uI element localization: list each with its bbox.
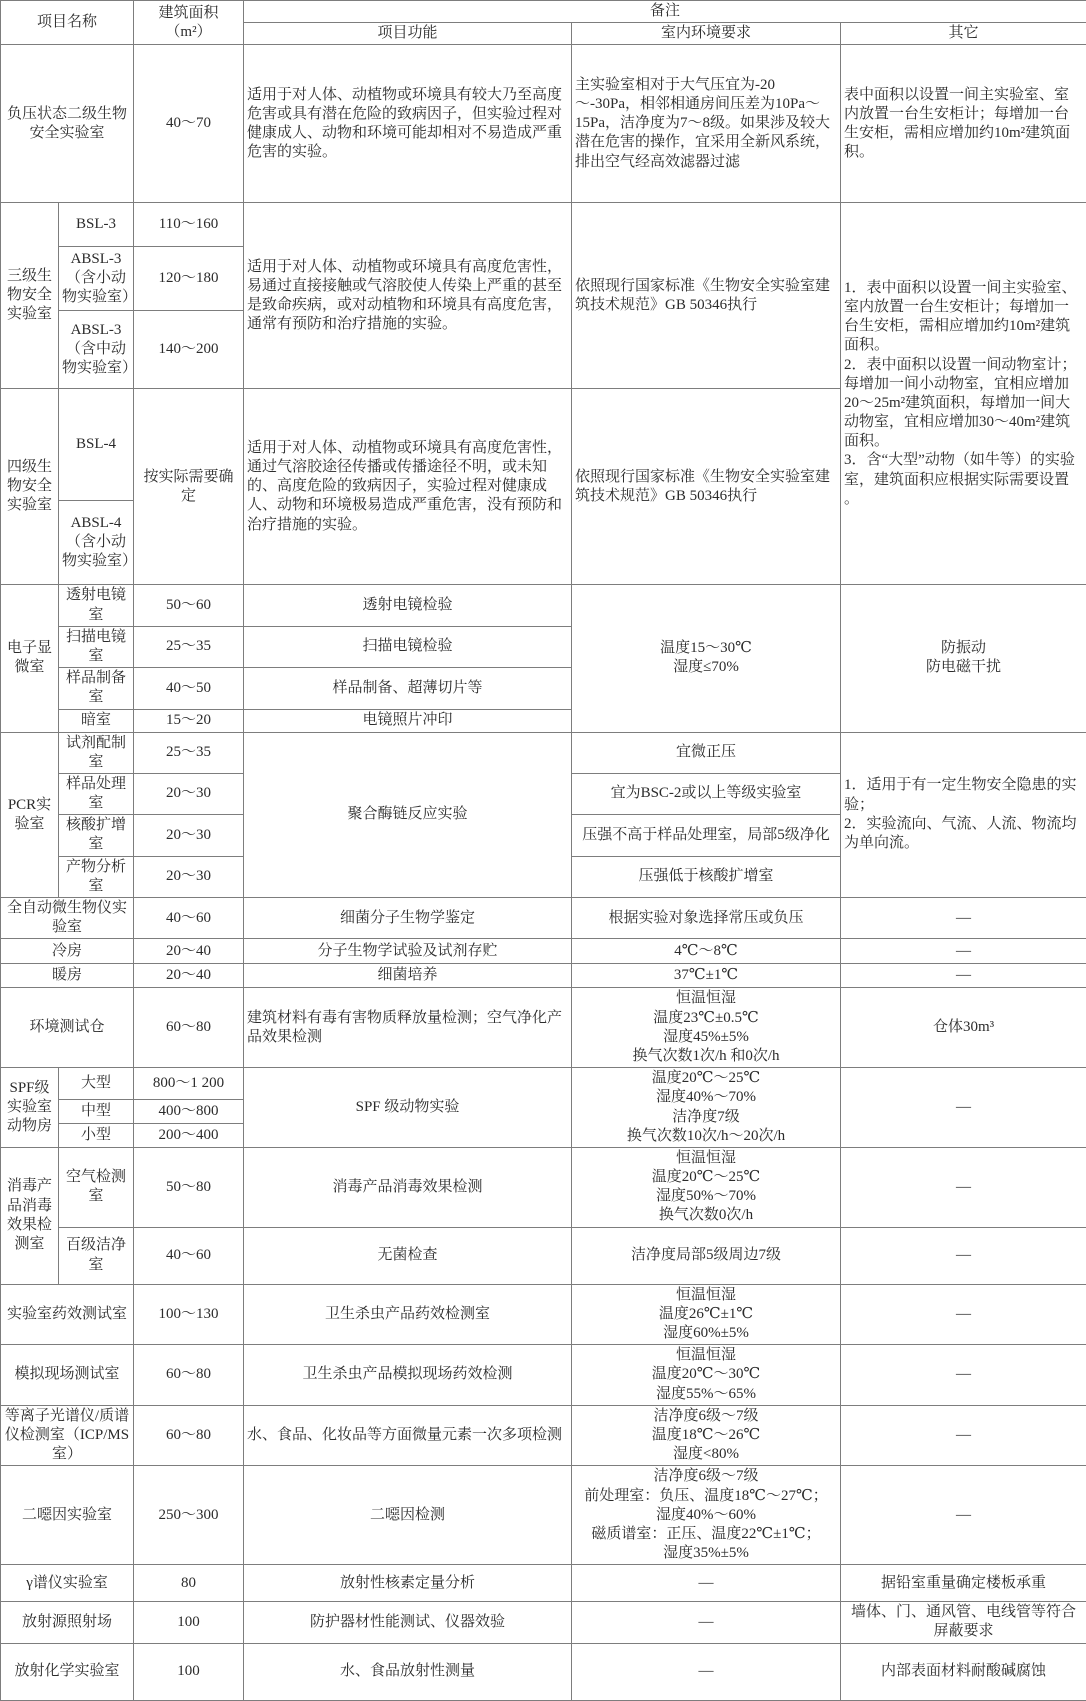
table-row: γ谱仪实验室 80 放射性核素定量分析 — 据铅室重量确定楼板承重: [1, 1565, 1086, 1602]
other-cell: —: [841, 898, 1086, 939]
area-cell: 100: [134, 1602, 244, 1643]
other-cell: 表中面积以设置一间主实验室、室内放置一台生安柜计；每增加一台生安柜，需相应增加约…: [841, 45, 1086, 203]
area-cell: 120～180: [134, 247, 244, 311]
project-group-cell: 四级生物安全实验室: [1, 389, 59, 585]
project-sub-cell: 百级洁净室: [59, 1227, 134, 1284]
area-cell: 50～60: [134, 585, 244, 626]
function-cell: 样品制备、超薄切片等: [244, 668, 572, 709]
lab-requirements-table: 项目名称 建筑面积 （m²） 备注 项目功能 室内环境要求 其它 负压状态二级生…: [0, 0, 1086, 1701]
function-cell: 扫描电镜检验: [244, 626, 572, 667]
other-cell: 仓体30m³: [841, 988, 1086, 1068]
project-sub-cell: ABSL-3（含中动物实验室）: [59, 311, 134, 389]
document-page: 项目名称 建筑面积 （m²） 备注 项目功能 室内环境要求 其它 负压状态二级生…: [0, 0, 1086, 1701]
project-sub-cell: 小型: [59, 1124, 134, 1148]
header-project-name: 项目名称: [1, 1, 134, 45]
function-cell: 聚合酶链反应实验: [244, 732, 572, 898]
project-name-cell: 模拟现场测试室: [1, 1345, 134, 1406]
project-name-cell: 二噁因实验室: [1, 1466, 134, 1565]
table-row: PCR实验室 试剂配制室 25～35 聚合酶链反应实验 宜微正压 1．适用于有一…: [1, 732, 1086, 773]
area-cell: 20～40: [134, 939, 244, 964]
other-cell: 内部表面材料耐酸碱腐蚀: [841, 1643, 1086, 1700]
project-sub-cell: 暗室: [59, 709, 134, 732]
project-sub-cell: 空气检测室: [59, 1147, 134, 1227]
project-sub-cell: 样品处理室: [59, 773, 134, 814]
project-name-cell: 冷房: [1, 939, 134, 964]
other-cell: —: [841, 964, 1086, 988]
area-cell: 80: [134, 1565, 244, 1602]
function-cell: 适用于对人体、动植物或环境具有高度危害性，通过气溶胶途径传播或传播途径不明，或未…: [244, 389, 572, 585]
env-cell: 洁净度6级～7级 温度18℃～26℃ 湿度<80%: [572, 1405, 841, 1466]
other-cell: —: [841, 1147, 1086, 1227]
area-cell: 40～60: [134, 898, 244, 939]
table-row: 放射化学实验室 100 水、食品放射性测量 — 内部表面材料耐酸碱腐蚀: [1, 1643, 1086, 1700]
area-cell: 15～20: [134, 709, 244, 732]
function-cell: SPF 级动物实验: [244, 1068, 572, 1148]
function-cell: 分子生物学试验及试剂存贮: [244, 939, 572, 964]
table-row: 放射源照射场 100 防护器材性能测试、仪器效验 — 墙体、门、通风管、电线管等…: [1, 1602, 1086, 1643]
table-row: 全自动微生物仪实验室 40～60 细菌分子生物学鉴定 根据实验对象选择常压或负压…: [1, 898, 1086, 939]
area-cell: 20～40: [134, 964, 244, 988]
env-cell: 恒温恒湿 温度26℃±1℃ 湿度60%±5%: [572, 1284, 841, 1345]
area-cell: 100: [134, 1643, 244, 1700]
project-group-cell: 三级生物安全实验室: [1, 203, 59, 389]
function-cell: 适用于对人体、动植物或环境具有较大乃至高度危害或具有潜在危险的致病因子，但实验过…: [244, 45, 572, 203]
env-cell: 4℃～8℃: [572, 939, 841, 964]
project-group-cell: SPF级实验室动物房: [1, 1068, 59, 1148]
env-cell: —: [572, 1602, 841, 1643]
project-sub-cell: 试剂配制室: [59, 732, 134, 773]
env-cell: 恒温恒湿 温度23℃±0.5℃ 湿度45%±5% 换气次数1次/h 和0次/h: [572, 988, 841, 1068]
function-cell: 细菌分子生物学鉴定: [244, 898, 572, 939]
project-sub-cell: 产物分析室: [59, 856, 134, 897]
area-cell: 100～130: [134, 1284, 244, 1345]
env-cell: 依照现行国家标准《生物安全实验室建筑技术规范》GB 50346执行: [572, 389, 841, 585]
project-name-cell: 放射化学实验室: [1, 1643, 134, 1700]
area-cell: 40～50: [134, 668, 244, 709]
table-row: 等离子光谱仪/质谱仪检测室（ICP/MS室） 60～80 水、食品、化妆品等方面…: [1, 1405, 1086, 1466]
env-cell: 宜微正压: [572, 732, 841, 773]
header-other: 其它: [841, 23, 1086, 45]
function-cell: 水、食品、化妆品等方面微量元素一次多项检测: [244, 1405, 572, 1466]
table-row: 三级生物安全实验室 BSL-3 110～160 适用于对人体、动植物或环境具有高…: [1, 203, 1086, 247]
project-name-cell: 负压状态二级生物安全实验室: [1, 45, 134, 203]
other-cell: —: [841, 939, 1086, 964]
other-cell: 1．表中面积以设置一间主实验室、室内放置一台生安柜计；每增加一台生安柜，需相应增…: [841, 203, 1086, 585]
project-sub-cell: 样品制备室: [59, 668, 134, 709]
other-cell: —: [841, 1345, 1086, 1406]
table-row: 电子显微室 透射电镜室 50～60 透射电镜检验 温度15～30℃ 湿度≤70%…: [1, 585, 1086, 626]
env-cell: 洁净度6级～7级 前处理室：负压、温度18℃～27℃； 湿度40%～60% 磁质…: [572, 1466, 841, 1565]
other-cell: —: [841, 1227, 1086, 1284]
env-cell: 洁净度局部5级周边7级: [572, 1227, 841, 1284]
function-cell: 建筑材料有毒有害物质释放量检测；空气净化产品效果检测: [244, 988, 572, 1068]
project-name-cell: 环境测试仓: [1, 988, 134, 1068]
project-sub-cell: 大型: [59, 1068, 134, 1100]
env-cell: 37℃±1℃: [572, 964, 841, 988]
env-cell: 压强不高于样品处理室，局部5级净化: [572, 815, 841, 856]
area-cell: 60～80: [134, 1345, 244, 1406]
function-cell: 细菌培养: [244, 964, 572, 988]
env-cell: 依照现行国家标准《生物安全实验室建筑技术规范》GB 50346执行: [572, 203, 841, 389]
env-cell: 主实验室相对于大气压宜为-20～-30Pa，相邻相通房间压差为10Pa～15Pa…: [572, 45, 841, 203]
project-sub-cell: ABSL-3（含小动物实验室）: [59, 247, 134, 311]
area-cell: 20～30: [134, 773, 244, 814]
table-row: 百级洁净室 40～60 无菌检查 洁净度局部5级周边7级 —: [1, 1227, 1086, 1284]
area-cell: 60～80: [134, 988, 244, 1068]
env-cell: 宜为BSC-2或以上等级实验室: [572, 773, 841, 814]
env-cell: 压强低于核酸扩增室: [572, 856, 841, 897]
area-cell: 按实际需要确定: [134, 389, 244, 585]
table-row: SPF级实验室动物房 大型 800～1 200 SPF 级动物实验 温度20℃～…: [1, 1068, 1086, 1100]
project-sub-cell: 核酸扩增室: [59, 815, 134, 856]
table-row: 负压状态二级生物安全实验室 40～70 适用于对人体、动植物或环境具有较大乃至高…: [1, 45, 1086, 203]
env-cell: 温度20℃～25℃ 湿度40%～70% 洁净度7级 换气次数10次/h～20次/…: [572, 1068, 841, 1148]
env-cell: 恒温恒湿 温度20℃～30℃ 湿度55%～65%: [572, 1345, 841, 1406]
function-cell: 卫生杀虫产品模拟现场药效检测: [244, 1345, 572, 1406]
other-cell: 据铅室重量确定楼板承重: [841, 1565, 1086, 1602]
area-cell: 25～35: [134, 626, 244, 667]
env-cell: 恒温恒湿 温度20℃～25℃ 湿度50%～70% 换气次数0次/h: [572, 1147, 841, 1227]
function-cell: 防护器材性能测试、仪器效验: [244, 1602, 572, 1643]
other-cell: 防振动 防电磁干扰: [841, 585, 1086, 732]
other-cell: —: [841, 1068, 1086, 1148]
function-cell: 放射性核素定量分析: [244, 1565, 572, 1602]
area-cell: 400～800: [134, 1099, 244, 1123]
project-group-cell: PCR实验室: [1, 732, 59, 898]
header-environment: 室内环境要求: [572, 23, 841, 45]
function-cell: 适用于对人体、动植物或环境具有高度危害性，易通过直接接触或气溶胶使人传染上严重的…: [244, 203, 572, 389]
table-row: 环境测试仓 60～80 建筑材料有毒有害物质释放量检测；空气净化产品效果检测 恒…: [1, 988, 1086, 1068]
area-cell: 40～60: [134, 1227, 244, 1284]
project-name-cell: 放射源照射场: [1, 1602, 134, 1643]
function-cell: 水、食品放射性测量: [244, 1643, 572, 1700]
env-cell: —: [572, 1565, 841, 1602]
area-cell: 250～300: [134, 1466, 244, 1565]
project-sub-cell: BSL-4: [59, 389, 134, 501]
project-sub-cell: 中型: [59, 1099, 134, 1123]
table-row: 二噁因实验室 250～300 二噁因检测 洁净度6级～7级 前处理室：负压、温度…: [1, 1466, 1086, 1565]
header-function: 项目功能: [244, 23, 572, 45]
area-cell: 200～400: [134, 1124, 244, 1148]
project-name-cell: 全自动微生物仪实验室: [1, 898, 134, 939]
other-cell: —: [841, 1405, 1086, 1466]
other-cell: —: [841, 1284, 1086, 1345]
table-row: 冷房 20～40 分子生物学试验及试剂存贮 4℃～8℃ —: [1, 939, 1086, 964]
other-cell: 1．适用于有一定生物安全隐患的实验； 2．实验流向、气流、人流、物流均为单向流。: [841, 732, 1086, 898]
project-name-cell: γ谱仪实验室: [1, 1565, 134, 1602]
header-building-area: 建筑面积 （m²）: [134, 1, 244, 45]
area-cell: 800～1 200: [134, 1068, 244, 1100]
area-cell: 25～35: [134, 732, 244, 773]
function-cell: 卫生杀虫产品药效检测室: [244, 1284, 572, 1345]
project-name-cell: 暖房: [1, 964, 134, 988]
table-row: 暖房 20～40 细菌培养 37℃±1℃ —: [1, 964, 1086, 988]
project-name-cell: 实验室药效测试室: [1, 1284, 134, 1345]
project-group-cell: 电子显微室: [1, 585, 59, 732]
env-cell: 根据实验对象选择常压或负压: [572, 898, 841, 939]
project-sub-cell: 透射电镜室: [59, 585, 134, 626]
area-cell: 60～80: [134, 1405, 244, 1466]
function-cell: 消毒产品消毒效果检测: [244, 1147, 572, 1227]
area-cell: 50～80: [134, 1147, 244, 1227]
other-cell: —: [841, 1466, 1086, 1565]
area-cell: 110～160: [134, 203, 244, 247]
project-name-cell: 等离子光谱仪/质谱仪检测室（ICP/MS室）: [1, 1405, 134, 1466]
area-cell: 20～30: [134, 856, 244, 897]
project-sub-cell: BSL-3: [59, 203, 134, 247]
table-row: 模拟现场测试室 60～80 卫生杀虫产品模拟现场药效检测 恒温恒湿 温度20℃～…: [1, 1345, 1086, 1406]
project-sub-cell: ABSL-4（含小动物实验室）: [59, 501, 134, 585]
env-cell: —: [572, 1643, 841, 1700]
function-cell: 电镜照片冲印: [244, 709, 572, 732]
area-cell: 20～30: [134, 815, 244, 856]
function-cell: 二噁因检测: [244, 1466, 572, 1565]
project-sub-cell: 扫描电镜室: [59, 626, 134, 667]
function-cell: 无菌检查: [244, 1227, 572, 1284]
other-cell: 墙体、门、通风管、电线管等符合屏蔽要求: [841, 1602, 1086, 1643]
table-row: 实验室药效测试室 100～130 卫生杀虫产品药效检测室 恒温恒湿 温度26℃±…: [1, 1284, 1086, 1345]
table-row: 消毒产品消毒效果检测室 空气检测室 50～80 消毒产品消毒效果检测 恒温恒湿 …: [1, 1147, 1086, 1227]
header-remark: 备注: [244, 1, 1086, 23]
project-group-cell: 消毒产品消毒效果检测室: [1, 1147, 59, 1284]
env-cell: 温度15～30℃ 湿度≤70%: [572, 585, 841, 732]
area-cell: 40～70: [134, 45, 244, 203]
function-cell: 透射电镜检验: [244, 585, 572, 626]
area-cell: 140～200: [134, 311, 244, 389]
